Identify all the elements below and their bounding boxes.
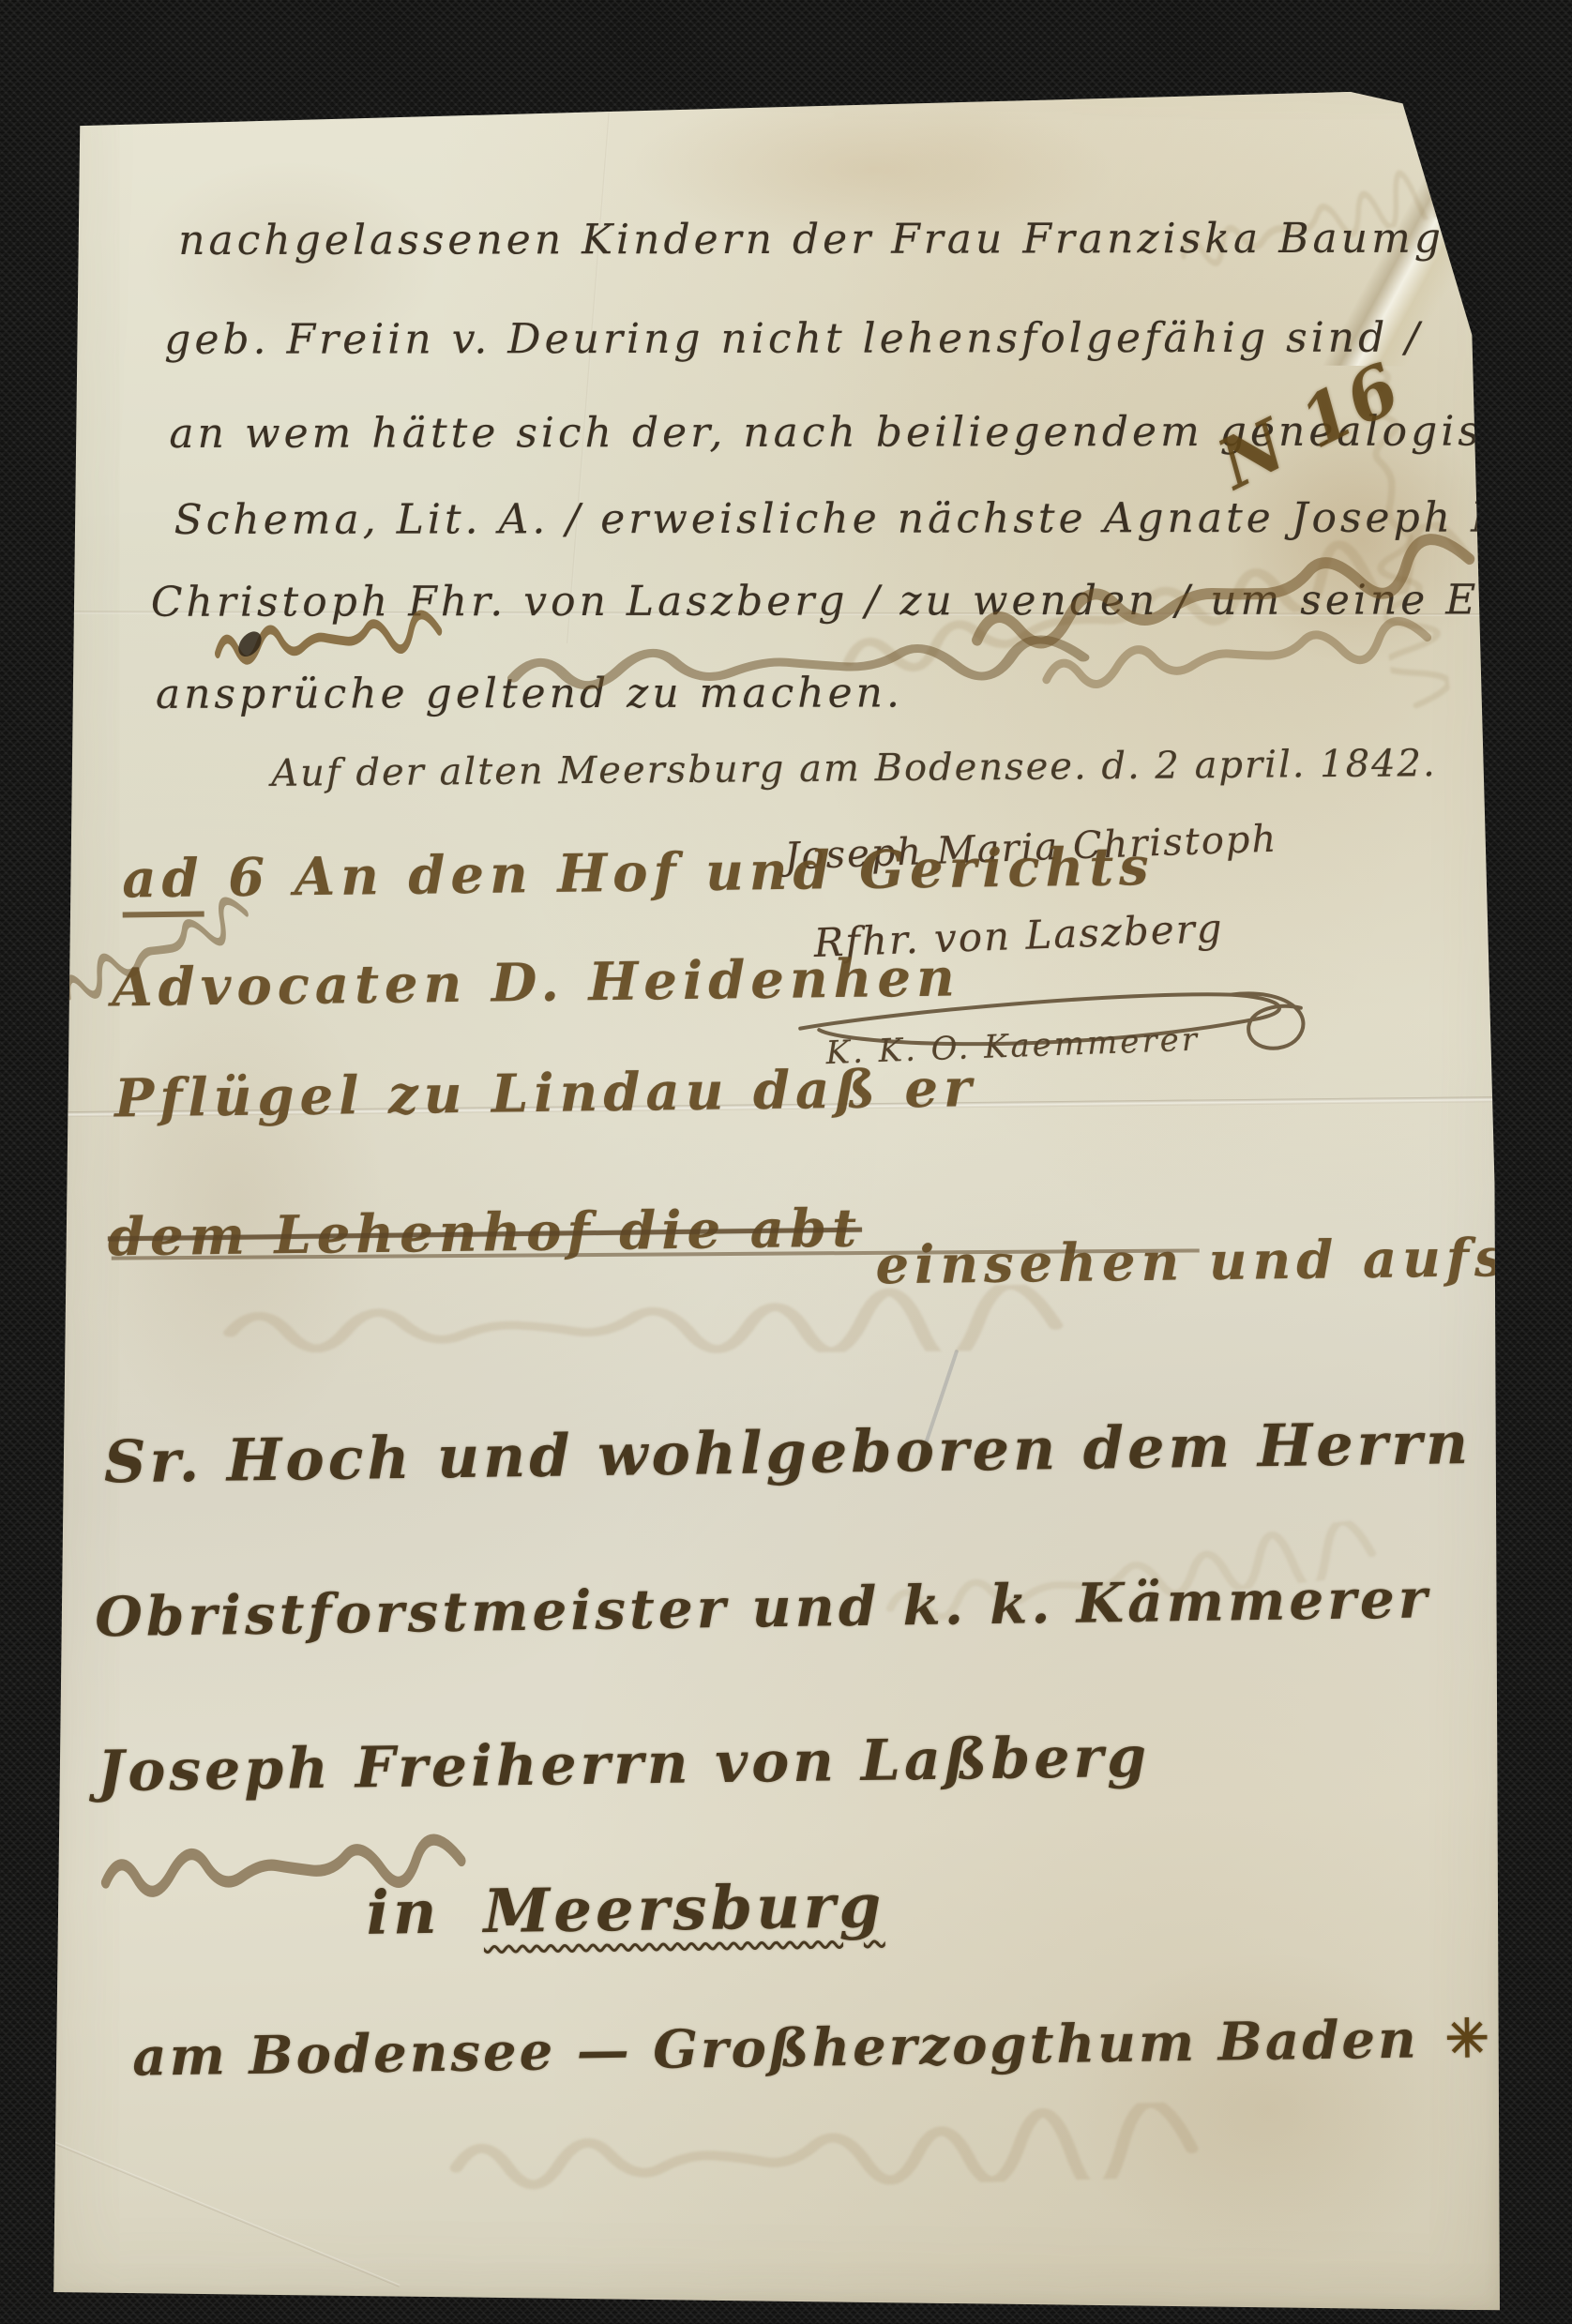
crossed-out-bar [68,43,274,60]
underlined-word: ad [122,847,204,917]
handwritten-line: ansprüche geltend zu machen. [156,669,903,717]
handwritten-line: Christoph Fhr. von Laszberg / zu wenden … [151,576,1572,626]
address-line: am Bodensee — Großherzogthum Baden✳ [132,2007,1492,2088]
dateline: Auf der alten Meersburg am Bodensee. d. … [271,742,1437,795]
address-line: inMeersburg [366,1871,885,1949]
draft-line: Pflügel zu Lindau daß er [114,1057,977,1129]
letter-sheet: nachgelassenen Kindern der Frau Franzisk… [48,45,1519,2310]
paper-stain [1061,1948,1476,2271]
archival-number: N 16 [1206,347,1413,505]
address-line: Sr. Hoch und wohlgeboren dem Herrn [103,1409,1472,1496]
draft-line: ad 6 An den Hof und Gerichts [122,836,1155,910]
ink-blot [234,627,265,661]
draft-text: einsehen und aufschreiten könnte. [875,1220,1572,1297]
star-mark: ✳ [1444,2007,1492,2070]
handwritten-line: nachgelassenen Kindern der Frau Franzisk… [178,214,1572,264]
address-place: Meersburg [483,1871,885,1947]
handwritten-line: geb. Freiin v. Deuring nicht lehensfolge… [164,314,1423,364]
scrawl-stroke [443,2101,1214,2196]
address-prefix: in [366,1878,441,1949]
address-text: am Bodensee — Großherzogthum Baden [132,2009,1419,2089]
address-line: Obristforstmeister und k. k. Kämmerer [95,1566,1431,1649]
fold-crease [35,2134,400,2286]
draft-line: Advocaten D. Heidenhen [112,946,960,1019]
draft-text: 6 An den Hof und Gerichts [228,836,1155,909]
bleed-through-writing [443,2101,1214,2196]
address-line: Joseph Freiherrn von Laßberg [97,1725,1150,1805]
document-photo: nachgelassenen Kindern der Frau Franzisk… [0,0,1572,2324]
handwritten-line: Schema, Lit. A. / erweisliche nächste Ag… [174,493,1572,544]
